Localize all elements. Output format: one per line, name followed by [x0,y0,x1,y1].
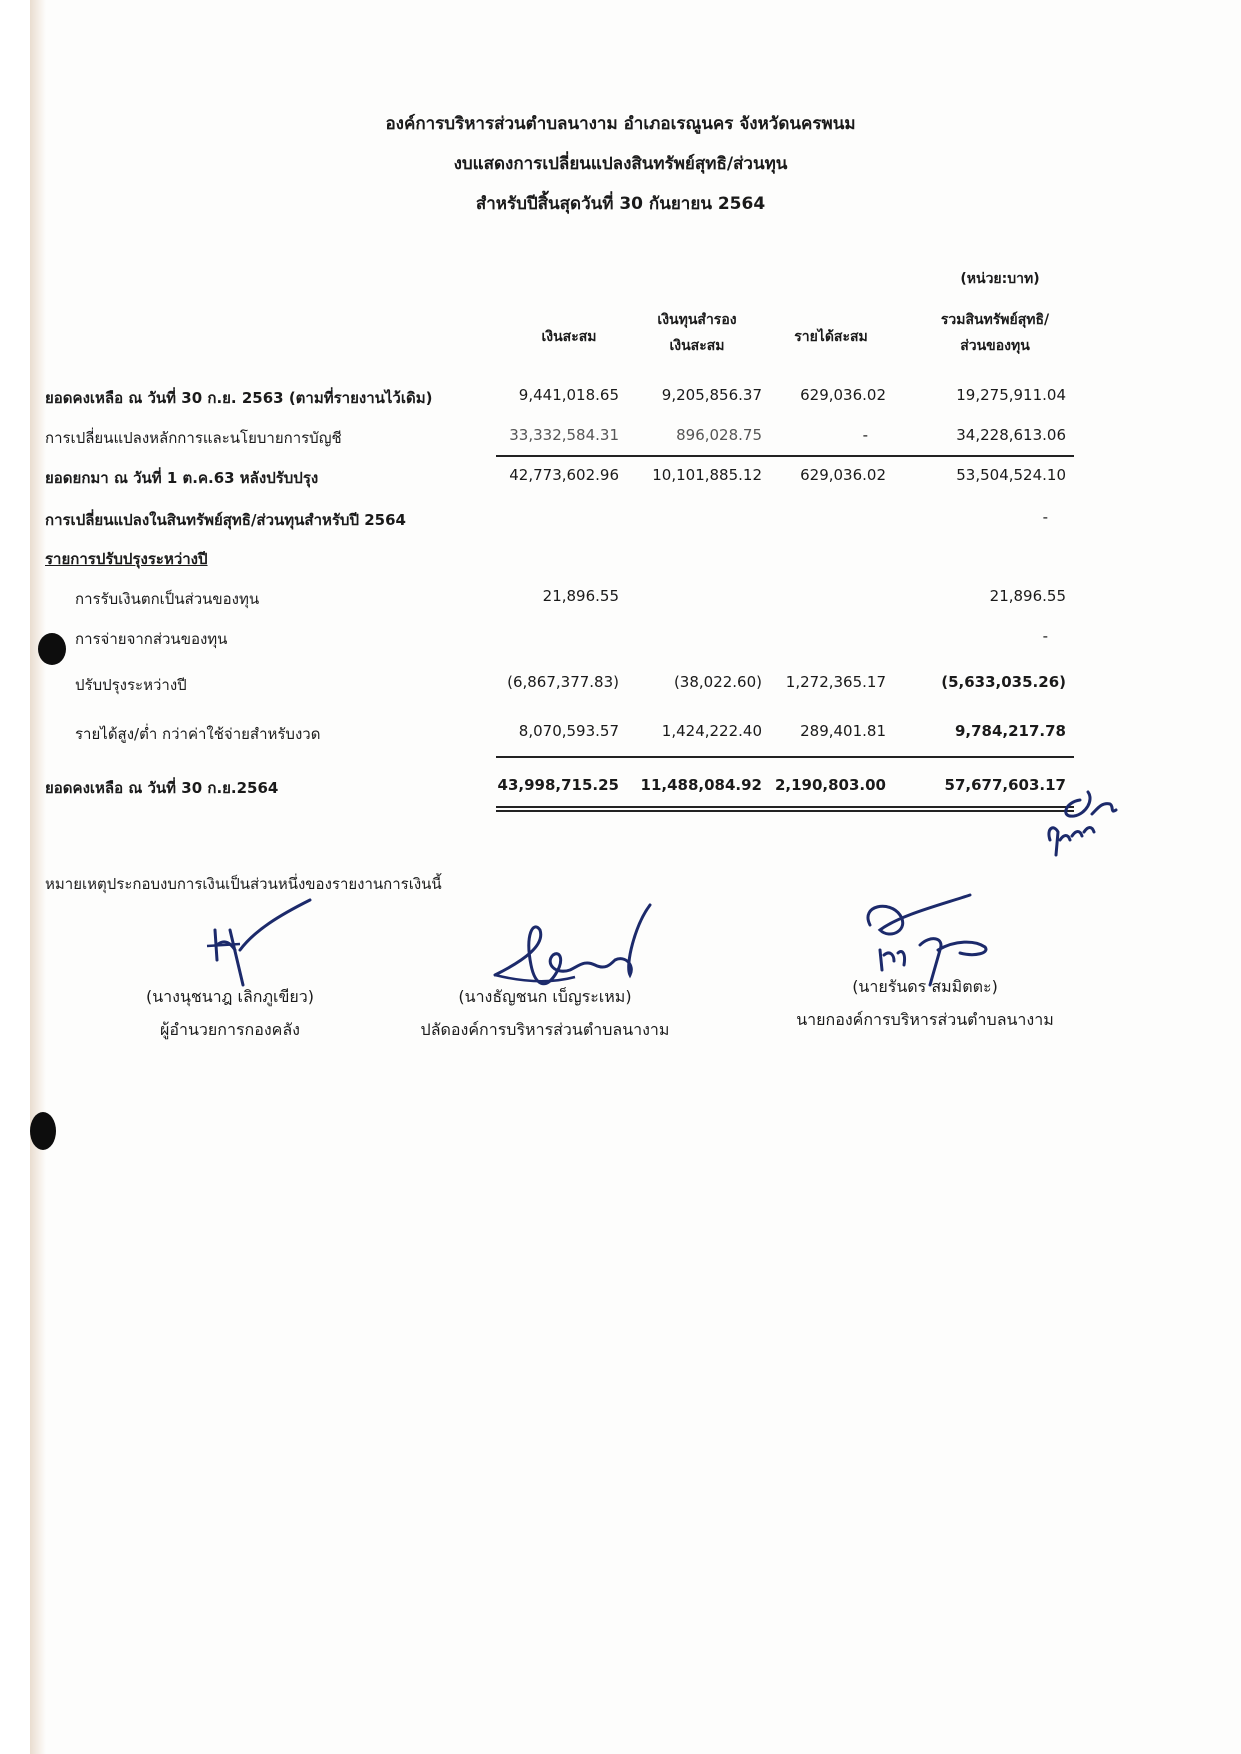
row-label: การรับเงินตกเป็นส่วนของทุน [75,587,259,611]
signatory-mayor: (นายรันดร สมมิตตะ) นายกองค์การบริหารส่วน… [770,975,1080,1033]
column-header-line: ส่วนของทุน [905,336,1085,356]
row-label: ยอดคงเหลือ ณ วันที่ 30 ก.ย. 2563 (ตามที่… [45,386,432,410]
cell-value: 34,228,613.06 [896,426,1066,444]
column-header-line: รวมสินทรัพย์สุทธิ/ [905,310,1085,330]
column-header-total-net-assets: รวมสินทรัพย์สุทธิ/ ส่วนของทุน [905,310,1085,356]
signatory-chief-administrator: (นางธัญชนก เบ็ญระเหม) ปลัดองค์การบริหารส… [395,985,695,1043]
signatory-name: (นางธัญชนก เบ็ญระเหม) [395,985,695,1010]
column-header-line: เงินสะสม [519,327,619,347]
cell-value: 19,275,911.04 [896,386,1066,404]
cell-value: 21,896.55 [896,587,1066,605]
cell-value: 2,190,803.00 [716,776,886,794]
cell-value: (5,633,035.26) [896,673,1066,691]
cell-value: 629,036.02 [716,466,886,484]
cell-value: - [878,508,1048,526]
period-title: สำหรับปีสิ้นสุดวันที่ 30 กันยายน 2564 [0,190,1241,217]
subtotal-rule [496,756,1074,758]
column-header-accumulated-revenue: รายได้สะสม [776,327,886,347]
column-header-line: เงินทุนสำรอง [632,310,762,330]
financial-note: หมายเหตุประกอบงบการเงินเป็นส่วนหนึ่งของร… [45,872,442,896]
paper-edge [30,0,46,1754]
unit-label: (หน่วย:บาท) [940,268,1060,290]
cell-value: 629,036.02 [716,386,886,404]
signatory-name: (นางนุชนาฎ เลิกภูเขียว) [110,985,350,1010]
total-double-rule-top [496,806,1074,808]
column-header-line: เงินสะสม [632,336,762,356]
row-label: การเปลี่ยนแปลงหลักการและนโยบายการบัญชี [45,426,342,450]
cell-value: 9,784,217.78 [896,722,1066,740]
row-label: การจ่ายจากส่วนของทุน [75,627,227,651]
cell-value: 1,272,365.17 [716,673,886,691]
punch-hole-bottom [30,1112,56,1150]
row-label: การเปลี่ยนแปลงในสินทรัพย์สุทธิ/ส่วนทุนสำ… [45,508,406,532]
row-label: ยอดคงเหลือ ณ วันที่ 30 ก.ย.2564 [45,776,278,800]
row-label: รายการปรับปรุงระหว่างปี [45,547,208,571]
column-header-accumulated-funds: เงินสะสม [519,327,619,347]
row-label: ปรับปรุงระหว่างปี [75,673,187,697]
total-double-rule-bottom [496,810,1074,812]
cell-value: - [878,627,1048,645]
signatory-title: นายกองค์การบริหารส่วนตำบลนางาม [770,1008,1080,1033]
cell-value: 53,504,524.10 [896,466,1066,484]
signatory-title: ปลัดองค์การบริหารส่วนตำบลนางาม [395,1018,695,1043]
row-label: ยอดยกมา ณ วันที่ 1 ต.ค.63 หลังปรับปรุง [45,466,318,490]
cell-value: 289,401.81 [716,722,886,740]
signatory-name: (นายรันดร สมมิตตะ) [770,975,1080,1000]
handwritten-initials [1040,780,1140,860]
statement-title: งบแสดงการเปลี่ยนแปลงสินทรัพย์สุทธิ/ส่วนท… [0,150,1241,177]
cell-value: - [698,426,868,444]
subtotal-rule [496,455,1074,457]
column-header-reserve-funds: เงินทุนสำรอง เงินสะสม [632,310,762,356]
signature-1 [195,900,325,990]
cell-value: 21,896.55 [449,587,619,605]
signatory-finance-director: (นางนุชนาฎ เลิกภูเขียว) ผู้อำนวยการกองคล… [110,985,350,1043]
row-label: รายได้สูง/ต่ำ กว่าค่าใช้จ่ายสำหรับงวด [75,722,320,746]
punch-hole-top [38,633,66,665]
scan-margin [0,0,30,1754]
column-header-line: รายได้สะสม [776,327,886,347]
organization-title: องค์การบริหารส่วนตำบลนางาม อำเภอเรณูนคร … [0,110,1241,137]
signatory-title: ผู้อำนวยการกองคลัง [110,1018,350,1043]
